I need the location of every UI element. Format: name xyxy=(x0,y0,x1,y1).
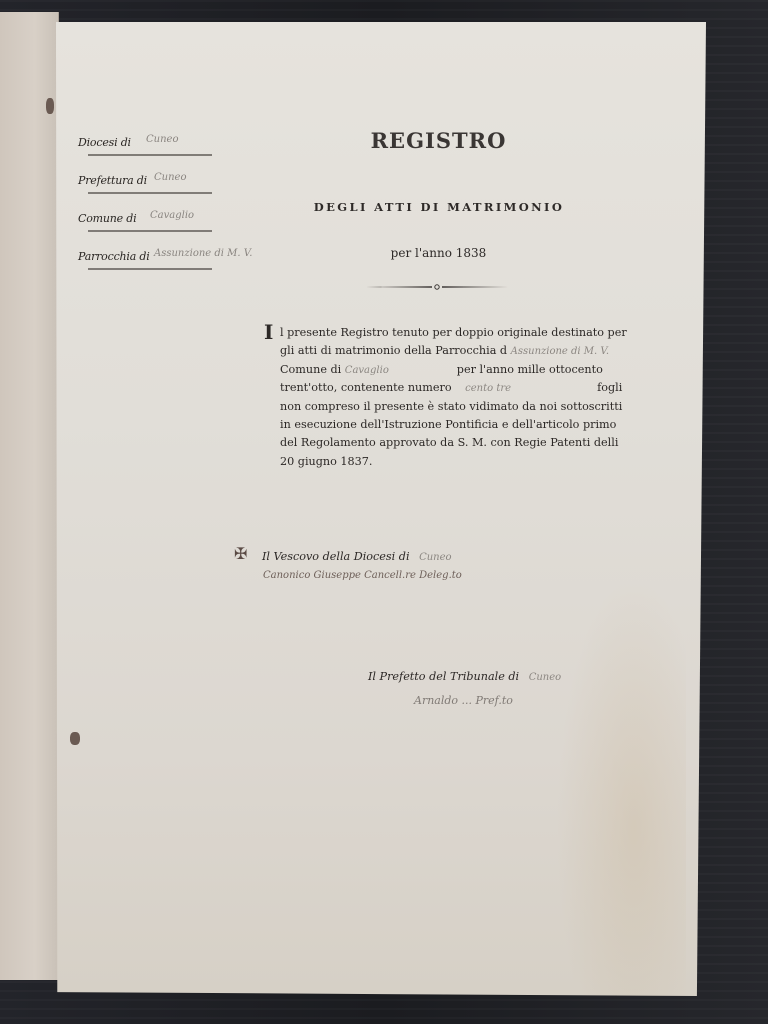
handwritten-comune: Cavaglio xyxy=(345,362,457,380)
field-comune: Comune di Cavaglio xyxy=(78,198,238,236)
page-stain xyxy=(46,98,54,114)
year-line: per l'anno 1838 xyxy=(356,246,521,260)
prefect-signature-line: Il Prefetto del Tribunale di Cuneo xyxy=(368,670,561,683)
page-subtitle: DEGLI ATTI DI MATRIMONIO xyxy=(284,200,594,214)
field-diocesi: Diocesi di Cuneo xyxy=(78,122,238,160)
field-rule xyxy=(88,230,212,232)
field-parrocchia: Parrocchia di Assunzione di M. V. xyxy=(78,236,238,274)
page-title: REGISTRO xyxy=(336,128,541,153)
page-stain xyxy=(70,732,80,745)
drop-cap: I xyxy=(264,323,273,341)
left-facing-page xyxy=(0,12,59,980)
ornament-divider-icon xyxy=(366,284,508,290)
handwritten-page-count: cento tre xyxy=(455,380,585,398)
field-prefettura: Prefettura di Cuneo xyxy=(78,160,238,198)
field-rule xyxy=(88,154,212,156)
bishop-signature-line: Il Vescovo della Diocesi di Cuneo xyxy=(236,550,452,563)
field-rule xyxy=(88,192,212,194)
handwritten-parish: Assunzione di M. V. xyxy=(511,346,609,357)
field-rule xyxy=(88,268,212,270)
jurisdiction-fields: Diocesi di Cuneo Prefettura di Cuneo Com… xyxy=(78,122,238,274)
bishop-handwritten-signature: Canonico Giuseppe Cancell.re Deleg.to xyxy=(263,570,462,581)
prefect-handwritten-signature: Arnaldo ... Pref.to xyxy=(414,694,513,707)
register-page: Diocesi di Cuneo Prefettura di Cuneo Com… xyxy=(56,22,706,996)
certification-paragraph: Il presente Registro tenuto per doppio o… xyxy=(264,324,609,471)
